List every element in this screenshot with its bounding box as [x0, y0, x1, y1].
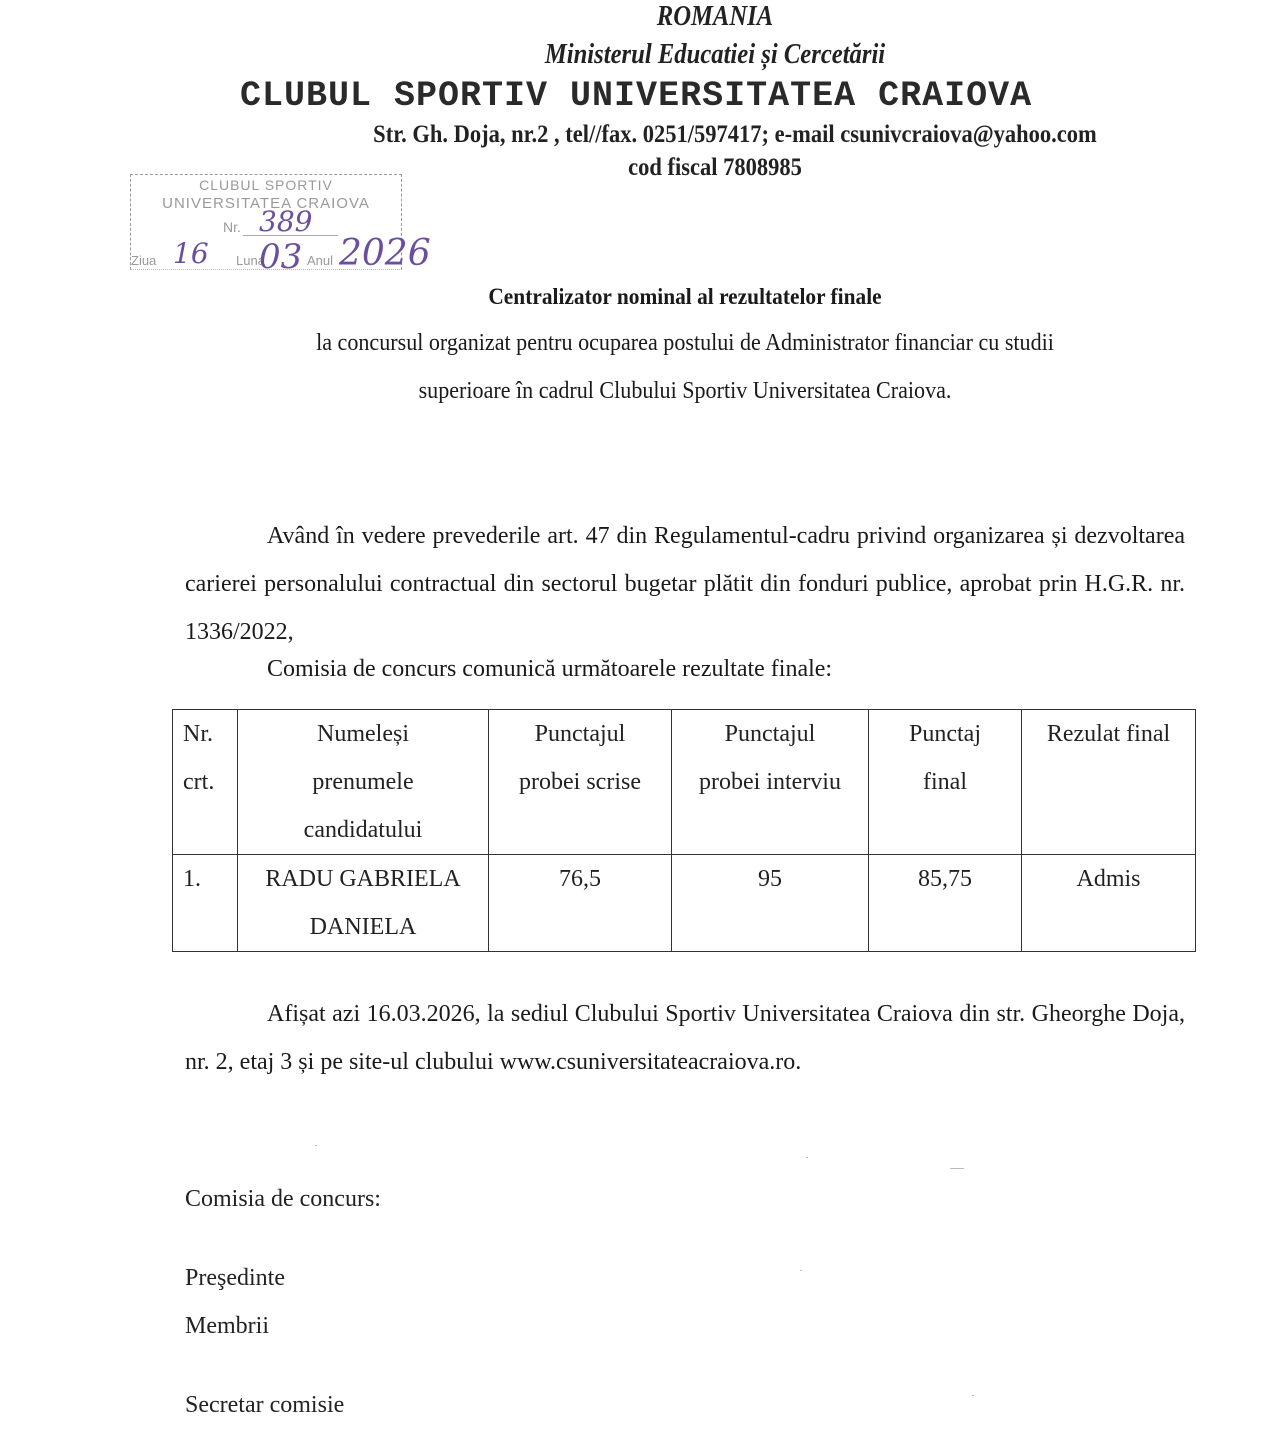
header-written-line-2: probei scrise — [495, 758, 665, 806]
stamp-line-1: CLUBUL SPORTIV — [131, 177, 401, 193]
header-final-score: Punctaj final — [869, 710, 1022, 855]
header-interview-score: Punctajul probei interviu — [672, 710, 869, 855]
document-subtitle-line-1: la concursul organizat pentru ocuparea p… — [211, 330, 1159, 357]
table-row: 1. RADU GABRIELA DANIELA 76,5 95 85,75 A… — [173, 855, 1196, 952]
commission-statement: Comisia de concurs comunică următoarele … — [267, 656, 832, 683]
scan-speck — [972, 1395, 974, 1396]
header-name-line-1: Numeleși — [244, 710, 482, 758]
scan-speck — [315, 1145, 317, 1146]
header-nr: Nr. crt. — [173, 710, 238, 855]
header-written-score: Punctajul probei scrise — [489, 710, 672, 855]
signature-secretary-label: Secretar comisie — [185, 1392, 344, 1419]
header-name: Numeleși prenumele candidatului — [238, 710, 489, 855]
cell-result: Admis — [1022, 855, 1196, 952]
header-club-name: CLUBUL SPORTIV UNIVERSITATEA CRAIOVA — [240, 76, 1032, 116]
cell-final-score: 85,75 — [869, 855, 1022, 952]
signature-members-label: Membrii — [185, 1313, 269, 1340]
cell-written-score: 76,5 — [489, 855, 672, 952]
header-written-line-1: Punctajul — [495, 710, 665, 758]
stamp-month-value: 03 — [259, 237, 302, 277]
header-ministry: Ministerul Educatiei și Cercetării — [311, 38, 1119, 71]
header-result: Rezulat final — [1022, 710, 1196, 855]
header-nr-line-2: crt. — [183, 758, 231, 806]
cell-candidate-name: RADU GABRIELA DANIELA — [238, 855, 489, 952]
scan-speck — [800, 1270, 802, 1271]
candidate-name-line-1: RADU GABRIELA — [244, 855, 482, 903]
cell-interview-score: 95 — [672, 855, 869, 952]
header-result-line-1: Rezulat final — [1028, 710, 1189, 758]
posting-notice: Afișat azi 16.03.2026, la sediul Clubulu… — [185, 990, 1185, 1086]
stamp-day-label: Ziua — [131, 253, 156, 268]
header-nr-line-1: Nr. — [183, 710, 231, 758]
scan-speck — [806, 1157, 808, 1158]
header-final-line-1: Punctaj — [875, 710, 1015, 758]
scan-speck — [950, 1168, 964, 1169]
stamp-day-value: 16 — [173, 237, 209, 270]
header-address: Str. Gh. Doja, nr.2 , tel//fax. 0251/597… — [290, 121, 1181, 149]
signature-president-label: Preşedinte — [185, 1265, 285, 1292]
document-subtitle-line-2: superioare în cadrul Clubului Sportiv Un… — [211, 378, 1159, 405]
stamp-nr-value: 389 — [259, 205, 312, 238]
stamp-nr-label: Nr. — [223, 219, 241, 235]
stamp-year-label: Anul — [307, 253, 333, 268]
header-final-line-2: final — [875, 758, 1015, 806]
candidate-name-line-2: DANIELA — [244, 903, 482, 951]
header-interview-line-2: probei interviu — [678, 758, 862, 806]
cell-nr: 1. — [173, 855, 238, 952]
signature-commission-label: Comisia de concurs: — [185, 1186, 381, 1213]
results-table: Nr. crt. Numeleși prenumele candidatului… — [172, 709, 1196, 952]
stamp-year-value: 2026 — [339, 233, 431, 274]
header-name-line-3: candidatului — [244, 806, 482, 854]
table-header-row: Nr. crt. Numeleși prenumele candidatului… — [173, 710, 1196, 855]
header-country: ROMANIA — [311, 0, 1119, 33]
legal-basis-paragraph: Având în vedere prevederile art. 47 din … — [185, 512, 1185, 656]
registration-stamp: CLUBUL SPORTIV UNIVERSITATEA CRAIOVA Nr.… — [130, 174, 402, 270]
header-fiscal-code: cod fiscal 7808985 — [288, 154, 1143, 182]
header-interview-line-1: Punctajul — [678, 710, 862, 758]
header-name-line-2: prenumele — [244, 758, 482, 806]
document-title: Centralizator nominal al rezultatelor fi… — [243, 284, 1127, 310]
